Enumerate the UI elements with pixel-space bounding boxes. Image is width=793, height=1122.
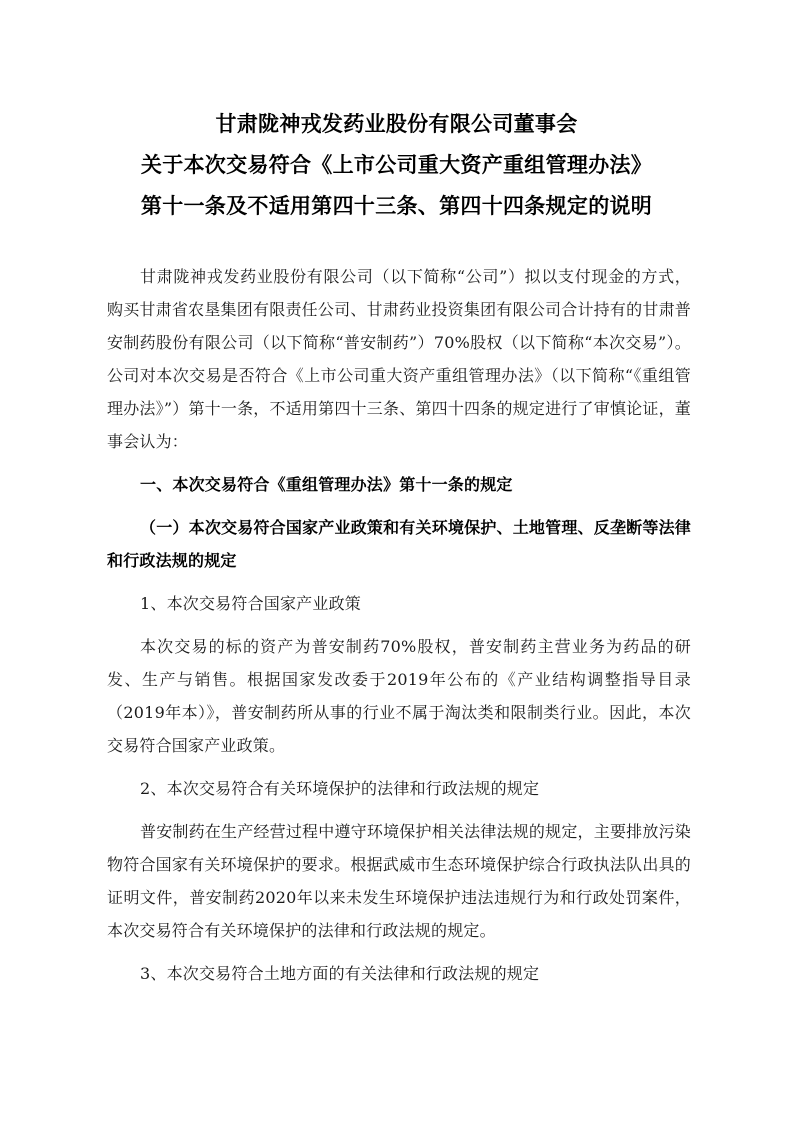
item-3-heading: 3、本次交易符合土地方面的有关法律和行政法规的规定 (107, 957, 691, 990)
document-title: 甘肃陇神戎发药业股份有限公司董事会 关于本次交易符合《上市公司重大资产重组管理办… (0, 104, 793, 227)
item-2-heading: 2、本次交易符合有关环境保护的法律和行政法规的规定 (107, 772, 691, 805)
item-2-body: 普安制药在生产经营过程中遵守环境保护相关法律法规的规定，主要排放污染物符合国家有… (107, 815, 691, 947)
document-body: 甘肃陇神戎发药业股份有限公司（以下简称“公司”）拟以支付现金的方式，购买甘肃省农… (107, 260, 691, 990)
title-line-2: 关于本次交易符合《上市公司重大资产重组管理办法》 (0, 145, 793, 186)
title-line-1: 甘肃陇神戎发药业股份有限公司董事会 (0, 104, 793, 145)
item-1-heading: 1、本次交易符合国家产业政策 (107, 587, 691, 620)
subsection-1-heading: （一）本次交易符合国家产业政策和有关环境保护、土地管理、反垄断等法律和行政法规的… (107, 511, 691, 577)
title-line-3: 第十一条及不适用第四十三条、第四十四条规定的说明 (0, 186, 793, 227)
item-1-body: 本次交易的标的资产为普安制药70%股权，普安制药主营业务为药品的研发、生产与销售… (107, 630, 691, 762)
document-page: 甘肃陇神戎发药业股份有限公司董事会 关于本次交易符合《上市公司重大资产重组管理办… (0, 0, 793, 1122)
intro-paragraph: 甘肃陇神戎发药业股份有限公司（以下简称“公司”）拟以支付现金的方式，购买甘肃省农… (107, 260, 691, 458)
section-1-heading: 一、本次交易符合《重组管理办法》第十一条的规定 (107, 468, 691, 501)
